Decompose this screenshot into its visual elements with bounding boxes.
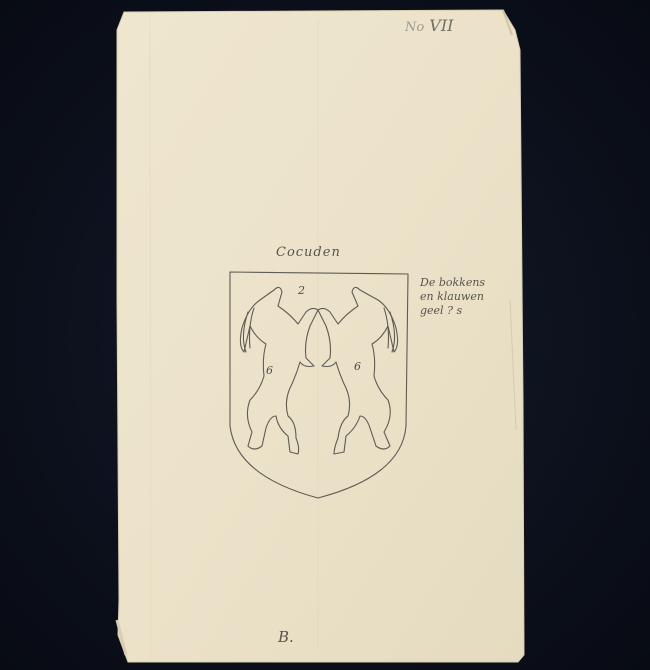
roman-numeral: VII (429, 16, 453, 35)
shield-mark-left: 6 (266, 364, 273, 377)
annotation-line: en klauwen (420, 290, 530, 304)
annotation-line: geel ? s (420, 304, 530, 318)
number-prefix: No (405, 20, 424, 35)
blazon-annotation: De bokkens en klauwen geel ? s (420, 276, 530, 318)
shield-mark-top: 2 (297, 284, 305, 297)
annotation-line: De bokkens (420, 276, 530, 290)
shield-mark-right: 6 (354, 360, 361, 373)
coat-of-arms-shield: 2 6 6 (226, 266, 416, 506)
footer-mark: B. (278, 628, 294, 646)
family-name: Cocuden (276, 245, 341, 260)
catalog-number: No VII (405, 16, 454, 35)
left-goat-icon (240, 287, 318, 454)
